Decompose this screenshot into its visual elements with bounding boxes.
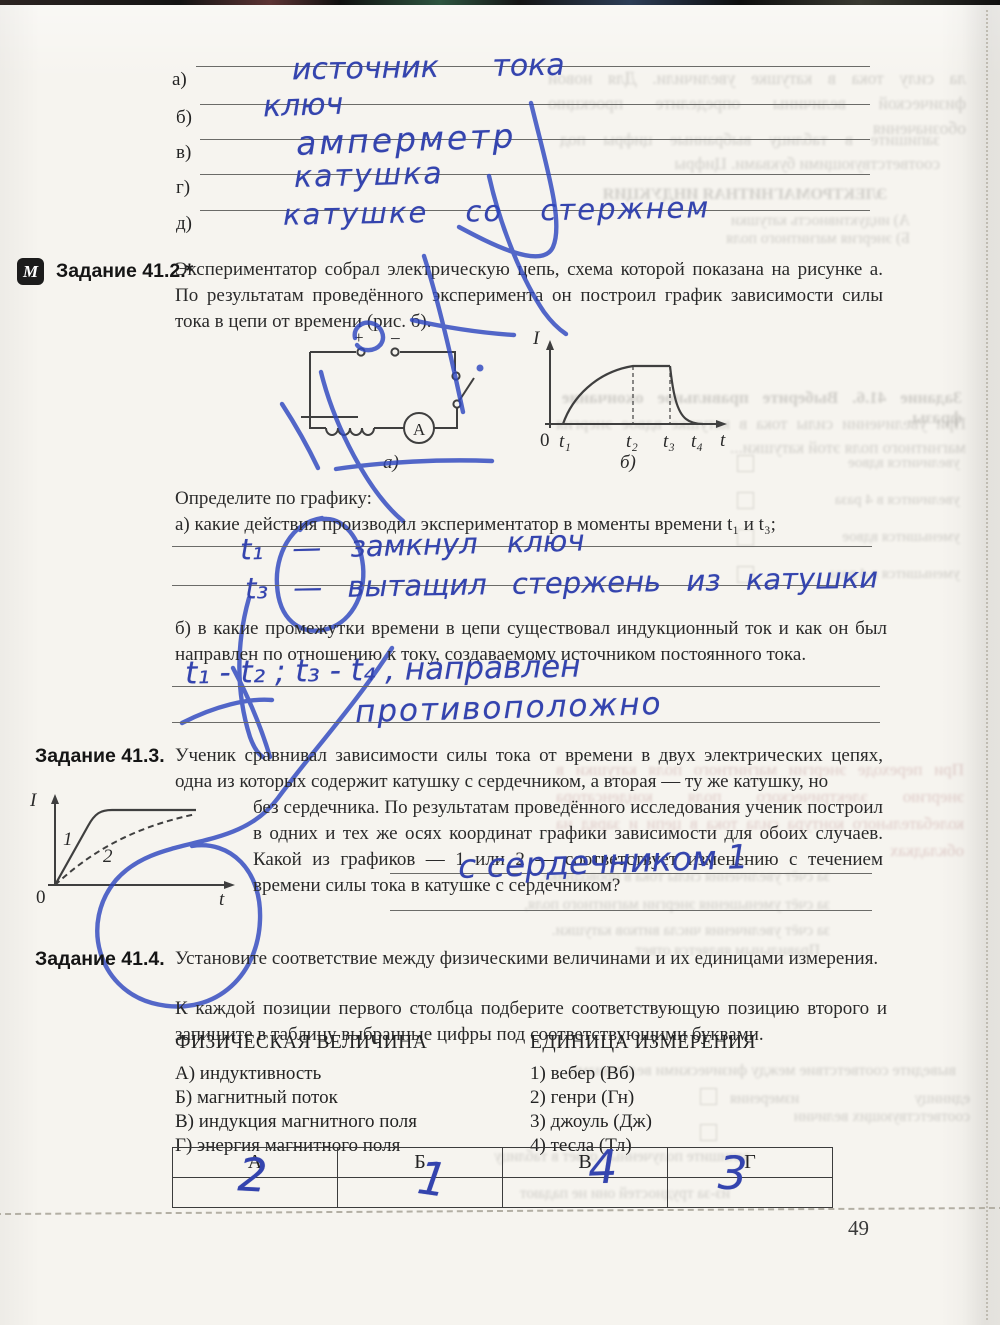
handwritten-table-answer-a: 2 (237, 1147, 269, 1202)
workbook-page-scan: ла силу тока в катушке увеличили. Для но… (0, 0, 1000, 1325)
handwritten-table-answer-g: 3 (717, 1146, 748, 1201)
graph-412-t2: t₂ (626, 431, 638, 452)
answer-line (390, 910, 872, 911)
table-answer-cell (503, 1178, 668, 1208)
task-414-body-1: Установите соответствие между физическим… (175, 946, 887, 972)
coil-icon (326, 428, 374, 435)
handwritten-table-answer-v: 4 (587, 1140, 618, 1195)
quantity-item: В) индукция магнитного поля (175, 1110, 417, 1133)
current-curve (563, 366, 670, 424)
task-414-title: Задание 41.4. (35, 948, 165, 971)
graph-412-t1: t₁ (559, 431, 571, 452)
battery-minus-label: − (390, 329, 401, 350)
determine-line: Определите по графику: (175, 486, 372, 512)
quantity-item: А) индуктивность (175, 1062, 321, 1085)
unit-item: 2) генри (Гн) (530, 1086, 634, 1109)
unit-item: 1) вебер (Вб) (530, 1062, 635, 1085)
graph-412-t4: t₄ (691, 431, 703, 452)
ammeter-letter: A (413, 420, 426, 439)
task-413-body-1: Ученик сравнивал зависимости силы тока о… (175, 743, 883, 795)
unit-item: 3) джоуль (Дж) (530, 1110, 652, 1133)
graph-413-origin: 0 (36, 887, 46, 908)
quantity-item: Б) магнитный поток (175, 1086, 338, 1109)
column-header-quantity: ФИЗИЧЕСКАЯ ВЕЛИЧИНА (175, 1032, 427, 1054)
graph-412 (545, 340, 727, 428)
graph-412-ylabel: I (532, 328, 541, 349)
fig-b-caption: б) (620, 452, 636, 473)
table-header-cell: В (503, 1148, 668, 1178)
current-curve-drop (670, 366, 703, 424)
graph-413-ylabel: I (29, 790, 38, 811)
table-answer-cell (668, 1178, 833, 1208)
graph-412-xlabel: t (720, 430, 726, 451)
graph-412-origin: 0 (540, 430, 550, 451)
handwritten-412b-1: t₁ - t₂ ; t₃ - t₄ , направлен (185, 649, 581, 692)
table-header-cell: Г (668, 1148, 833, 1178)
page-number: 49 (848, 1216, 869, 1241)
column-header-unit: ЕДИНИЦА ИЗМЕРЕНИЯ (530, 1032, 756, 1054)
task-413-title: Задание 41.3. (35, 745, 165, 768)
curve-1-label: 1 (63, 829, 73, 850)
graph-413-xlabel: t (219, 889, 225, 910)
graph-412-t3: t₃ (663, 431, 675, 452)
curve-2-label: 2 (103, 846, 113, 867)
